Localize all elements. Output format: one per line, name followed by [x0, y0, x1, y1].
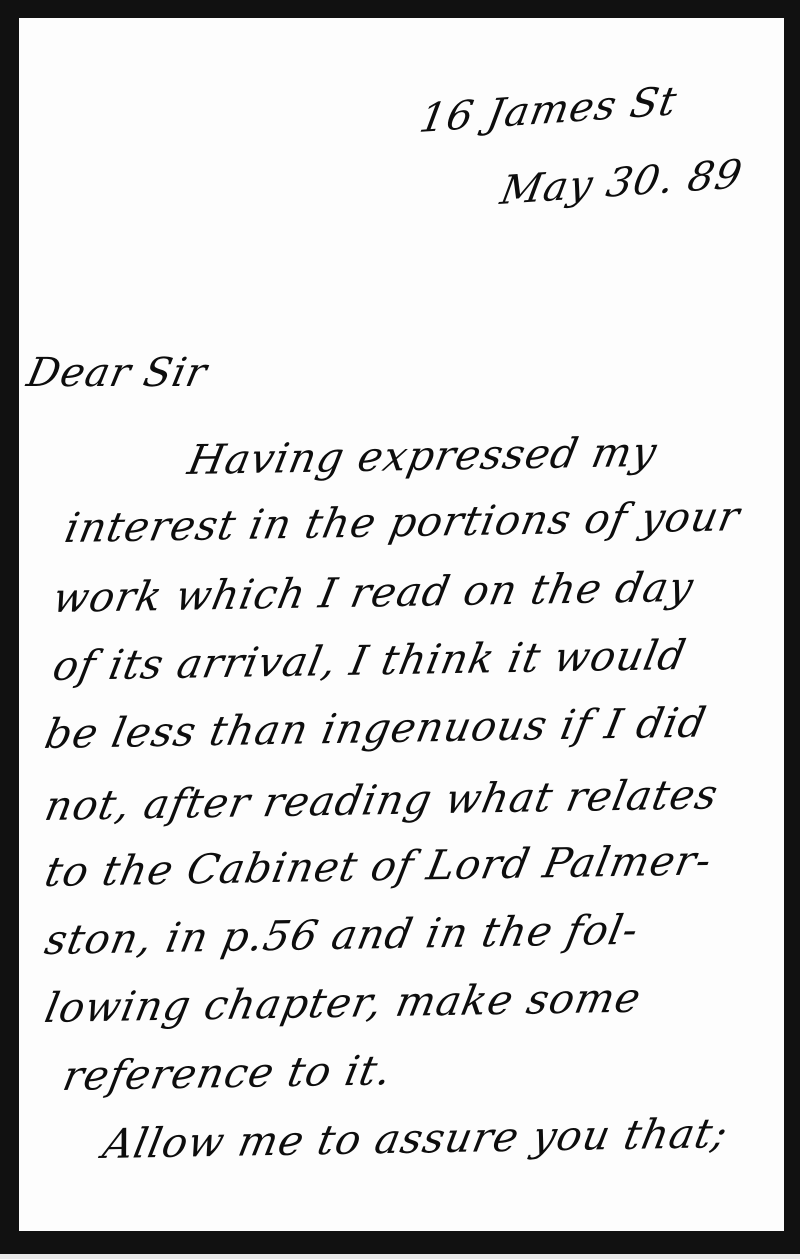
- letter-body-line: not, after reading what relates: [41, 770, 722, 830]
- scan-bottom-margin: [0, 1254, 800, 1259]
- letter-body-line: lowing chapter, make some: [41, 974, 645, 1032]
- letter-address: 16 James St: [416, 78, 681, 142]
- letter-body-line: work which I read on the day: [49, 563, 698, 622]
- letter-salutation: Dear Sir: [23, 350, 212, 396]
- black-frame-border: 16 James St May 30. 89 Dear Sir Having e…: [0, 0, 800, 1254]
- letter-body-line: to the Cabinet of Lord Palmer-: [41, 836, 716, 896]
- letter-body-line: of its arrival, I think it would: [49, 631, 690, 690]
- letter-page: 16 James St May 30. 89 Dear Sir Having e…: [19, 18, 784, 1231]
- letter-body-line: ston, in p.56 and in the fol-: [41, 906, 643, 964]
- letter-date: May 30. 89: [497, 152, 746, 214]
- letter-body-line: Allow me to assure you that;: [99, 1109, 732, 1168]
- letter-body-line: Having expressed my: [184, 428, 661, 484]
- letter-body-line: be less than ingenuous if I did: [41, 699, 711, 758]
- letter-body-line: interest in the portions of your: [61, 492, 744, 552]
- letter-body-line: reference to it.: [59, 1046, 396, 1100]
